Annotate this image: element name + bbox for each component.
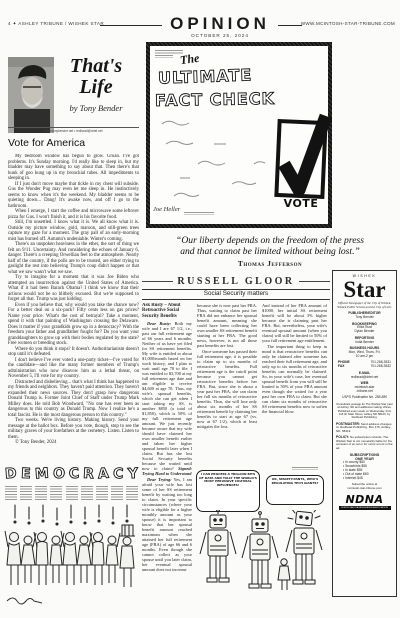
article-paragraph: The important thing to keep in mind is t… [262, 344, 327, 414]
ndna-banner: NORTH DAKOTA NEWSPAPER ASSOCIATION [339, 506, 391, 510]
postmaster-notice: POSTMASTER: Send address changes to: Red… [336, 423, 393, 434]
democracy-cartoon-crowd [3, 503, 139, 615]
vote-label: VOTE [274, 197, 328, 210]
masthead-info-box: WISHEK Star Official Newspaper of the Ci… [332, 270, 397, 597]
subscription-rates: • In county $50 • Snowbirds $55 • In sta… [336, 461, 393, 481]
fact-check-cartoon: The ULTIMATE FACT CHECK VOTE [146, 42, 332, 228]
letter: A [98, 467, 110, 483]
robots-cartoon: I CAN PROCESS A TRILLION BITS OF DATA AN… [196, 470, 328, 616]
vote-checkbox [274, 119, 327, 199]
columnist-photo [8, 57, 54, 133]
article-column-1: Ask Rusty – About Retroactive Social Sec… [142, 303, 192, 597]
paragraph: If I just don't move maybe that tickle i… [8, 182, 139, 210]
letter: Y [127, 467, 138, 483]
column-copyright: © Tony Bender, 2024 [8, 440, 139, 446]
columnist-name-banner: RUSSELL GLOOR [142, 276, 330, 287]
columnist-portrait-drawing [8, 57, 54, 133]
letter: D [4, 467, 17, 483]
paragraph: Still, I'm unsettled. I know what it is.… [8, 220, 139, 242]
letter: M [34, 467, 49, 483]
subscription-rate: • Internet $45 [343, 477, 393, 481]
article-paragraph: Once someone has passed their full retir… [197, 349, 257, 429]
cartoonist-signature-scribble [292, 467, 318, 470]
columnist-name: RUSSELL GLOOR [177, 276, 294, 287]
ndna-wordmark: NDNA [345, 493, 383, 506]
cartoon-canvas: The ULTIMATE FACT CHECK VOTE [150, 46, 328, 224]
policy-notice: POLICY: No subscription refunds. The Wis… [336, 436, 393, 450]
header-rule-right [278, 25, 302, 26]
paragraph: Distracted and disbelieving... that's wh… [8, 380, 139, 419]
article-paragraph: And instead of her FRA amount of $1000, … [262, 303, 327, 343]
article-heading: Ask Rusty – About Retroactive Social Sec… [142, 303, 192, 319]
subscribe-note: Subscribe online at mcintosh-star-tribun… [336, 483, 393, 491]
usps-number: USPS Publication No. 288-880 [336, 396, 393, 400]
ndna-logo: NDNA NORTH DAKOTA NEWSPAPER ASSOCIATION [336, 494, 393, 510]
quote-attribution: Thomas Jefferson [142, 259, 398, 268]
column-subtitle: Social Security matters [142, 290, 330, 297]
question-text: Both my wife and I are 67 1/2, i.e., pas… [142, 321, 192, 471]
paragraph: Two weeks. We're living history. Making … [8, 418, 139, 440]
paragraph: Try to imagine for a moment that it was … [8, 275, 139, 303]
speech-bubble-2: OK, SMARTY-PANTS, WHO'S REGULATING TECH … [266, 475, 324, 505]
speech-bubble-1: I CAN PROCESS A TRILLION BITS OF DATA AN… [196, 470, 260, 512]
letter: O [52, 467, 65, 483]
letter: C [113, 467, 124, 483]
answer-text: Yes, I am afraid your wife has lost some… [142, 477, 192, 572]
column-body: My bedroom window has begun to glow. Gro… [8, 154, 139, 454]
article-paragraph: Dear Trying: Yes, I am afraid your wife … [142, 477, 192, 572]
robots-drawing [196, 510, 328, 616]
columnist-contact: www.tonybender.net • redhead@drtel.net [8, 129, 139, 133]
democracy-cartoon-microtext [5, 486, 138, 501]
reporter-name: India Bender [355, 340, 374, 344]
periodicals-notice: Periodicals postage for The Wishek Star … [336, 403, 393, 419]
fax-label: FAX [338, 365, 344, 369]
bookkeeper-name: Dylan Bender [355, 329, 375, 333]
article-paragraph: Dear Rusty: Both my wife and I are 67 1/… [142, 321, 192, 476]
paragraph: Even if you believe that, why would you … [8, 303, 139, 347]
paragraph: When I emerge, I start the coffee and mi… [8, 209, 139, 220]
email-address: redhead@drtel.net [351, 375, 378, 379]
letter: R [83, 467, 95, 483]
article-column-2: because she is now past her FRA. Thus, w… [197, 303, 257, 468]
masthead-title: Star [336, 279, 393, 300]
web-address: mcintosh-star -tribune.net [355, 385, 375, 393]
article-paragraph: because she is now past her FRA. Thus, w… [197, 303, 257, 348]
paragraph: Where do you think it stops? It doesn't.… [8, 347, 139, 358]
header-folio: 4 ✦ ASHLEY TRIBUNE / WISHEK STAR [8, 21, 104, 27]
banner-rule [142, 299, 330, 300]
newspaper-opinion-page: 4 ✦ ASHLEY TRIBUNE / WISHEK STAR OPINION… [0, 0, 400, 618]
header-website: WWW.MCINTOSH-STAR-TRIBUNE.COM [301, 21, 395, 26]
page-title: OPINION [140, 14, 300, 34]
fax-number: 701-268-3532 [370, 365, 391, 369]
signature-scribble [184, 212, 214, 215]
official-newspaper-note: Official Newspaper of the City of Wishek… [336, 302, 393, 310]
letter: E [20, 467, 30, 482]
issue-date: OCTOBER 25, 2024 [140, 33, 300, 38]
publisher-name: Tony Bender [355, 315, 374, 319]
pull-quote: “Our liberty depends on the freedom of t… [142, 235, 398, 257]
cartoonist-signature-scribble [7, 598, 42, 604]
column-divider [8, 127, 139, 128]
cartoonist-signature: Joe Heller [153, 206, 180, 213]
democracy-cartoon-letters: D E M O C R A C Y [5, 467, 138, 482]
business-hours: Mon, Wed, Thurs, Fri. 10 am-2 pm [349, 350, 381, 358]
paragraph: I don't believe I've ever voted a one-pa… [8, 358, 139, 380]
paragraph: My bedroom window has begun to glow. Gro… [8, 154, 139, 182]
article-column-3: And instead of her FRA amount of $1000, … [262, 303, 327, 468]
column-title: That's Life [52, 56, 140, 98]
column-byline: by Tony Bender [52, 103, 140, 113]
paragraph: There's an unspoken heaviness in the eth… [8, 242, 139, 275]
letter: C [68, 467, 79, 483]
column-headline: Vote for America [8, 137, 139, 149]
